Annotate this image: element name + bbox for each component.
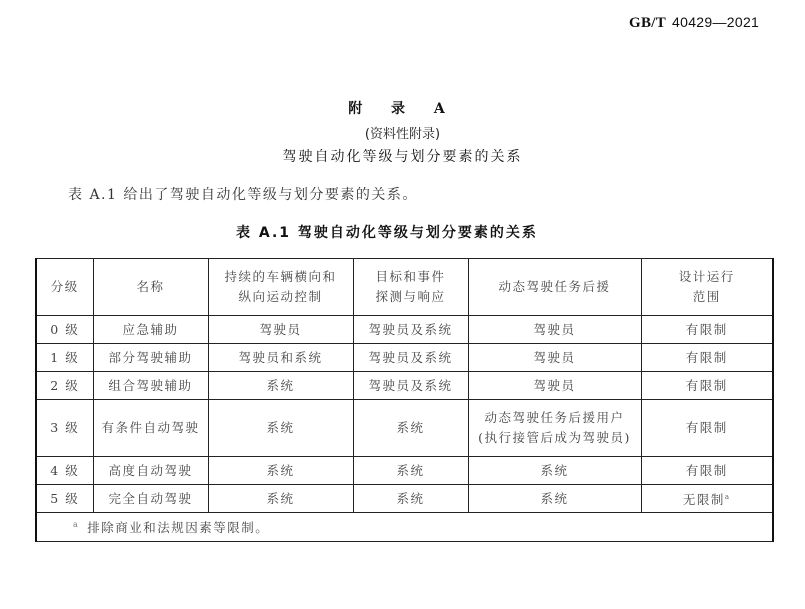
- standard-code: GB/T40429—2021: [629, 14, 759, 32]
- column-header-odd-line1: 设计运行: [644, 267, 771, 287]
- cell-oedr: 驾驶员及系统: [353, 372, 468, 400]
- cell-fallback: 系统: [468, 457, 641, 485]
- table-row: 0 级 应急辅助 驾驶员 驾驶员及系统 驾驶员 有限制: [36, 316, 773, 344]
- cell-fallback: 驾驶员: [468, 372, 641, 400]
- column-header-odd: 设计运行 范围: [641, 259, 773, 316]
- cell-control: 系统: [208, 457, 353, 485]
- cell-name: 高度自动驾驶: [93, 457, 208, 485]
- table-footnote-row: a排除商业和法规因素等限制。: [36, 513, 773, 542]
- column-header-odd-line2: 范围: [644, 287, 771, 307]
- cell-level: 2 级: [36, 372, 93, 400]
- cell-fallback: 驾驶员: [468, 316, 641, 344]
- cell-oedr: 系统: [353, 485, 468, 513]
- standard-prefix: GB/T: [629, 15, 666, 31]
- column-header-fallback: 动态驾驶任务后援: [468, 259, 641, 316]
- cell-odd: 有限制: [641, 316, 773, 344]
- column-header-control-line2: 纵向运动控制: [211, 287, 351, 307]
- cell-odd: 有限制: [641, 344, 773, 372]
- cell-level: 5 级: [36, 485, 93, 513]
- table-row: 3 级 有条件自动驾驶 系统 系统 动态驾驶任务后援用户 (执行接管后成为驾驶员…: [36, 400, 773, 457]
- column-header-name: 名称: [93, 259, 208, 316]
- cell-odd: 有限制: [641, 400, 773, 457]
- column-header-control-line1: 持续的车辆横向和: [211, 267, 351, 287]
- cell-level: 1 级: [36, 344, 93, 372]
- appendix-subtitle: (资料性附录): [0, 123, 805, 142]
- cell-fallback: 驾驶员: [468, 344, 641, 372]
- cell-fallback: 系统: [468, 485, 641, 513]
- cell-oedr: 驾驶员及系统: [353, 316, 468, 344]
- appendix-title: 附 录 A: [0, 98, 805, 118]
- cell-fallback-line1: 动态驾驶任务后援用户: [471, 408, 639, 428]
- cell-fallback: 动态驾驶任务后援用户 (执行接管后成为驾驶员): [468, 400, 641, 457]
- column-header-oedr-line1: 目标和事件: [356, 267, 466, 287]
- table-row: 5 级 完全自动驾驶 系统 系统 系统 无限制a: [36, 485, 773, 513]
- cell-name: 部分驾驶辅助: [93, 344, 208, 372]
- column-header-oedr: 目标和事件 探测与响应: [353, 259, 468, 316]
- cell-level: 3 级: [36, 400, 93, 457]
- appendix-heading: 驾驶自动化等级与划分要素的关系: [0, 146, 805, 166]
- cell-name: 应急辅助: [93, 316, 208, 344]
- intro-paragraph: 表 A.1 给出了驾驶自动化等级与划分要素的关系。: [68, 184, 418, 204]
- cell-odd: 无限制a: [641, 485, 773, 513]
- cell-control: 驾驶员和系统: [208, 344, 353, 372]
- cell-control: 系统: [208, 400, 353, 457]
- cell-oedr: 系统: [353, 457, 468, 485]
- cell-level: 4 级: [36, 457, 93, 485]
- cell-name: 组合驾驶辅助: [93, 372, 208, 400]
- cell-odd-text: 无限制: [683, 492, 725, 507]
- footnote-text: 排除商业和法规因素等限制。: [87, 521, 269, 536]
- cell-odd: 有限制: [641, 457, 773, 485]
- column-header-level: 分级: [36, 259, 93, 316]
- column-header-oedr-line2: 探测与响应: [356, 287, 466, 307]
- table-row: 2 级 组合驾驶辅助 系统 驾驶员及系统 驾驶员 有限制: [36, 372, 773, 400]
- cell-control: 系统: [208, 372, 353, 400]
- cell-oedr: 系统: [353, 400, 468, 457]
- footnote-marker: a: [725, 493, 731, 501]
- column-header-control: 持续的车辆横向和 纵向运动控制: [208, 259, 353, 316]
- table-header-row: 分级 名称 持续的车辆横向和 纵向运动控制 目标和事件 探测与响应 动态驾驶任务…: [36, 259, 773, 316]
- cell-control: 系统: [208, 485, 353, 513]
- cell-level: 0 级: [36, 316, 93, 344]
- cell-name: 完全自动驾驶: [93, 485, 208, 513]
- cell-control: 驾驶员: [208, 316, 353, 344]
- table-caption: 表 A.1 驾驶自动化等级与划分要素的关系: [236, 222, 538, 242]
- cell-name: 有条件自动驾驶: [93, 400, 208, 457]
- automation-levels-table: 分级 名称 持续的车辆横向和 纵向运动控制 目标和事件 探测与响应 动态驾驶任务…: [35, 258, 774, 542]
- table-row: 1 级 部分驾驶辅助 驾驶员和系统 驾驶员及系统 驾驶员 有限制: [36, 344, 773, 372]
- standard-number: 40429—2021: [672, 14, 759, 30]
- cell-oedr: 驾驶员及系统: [353, 344, 468, 372]
- table-row: 4 级 高度自动驾驶 系统 系统 系统 有限制: [36, 457, 773, 485]
- table-footnote: a排除商业和法规因素等限制。: [36, 513, 773, 542]
- cell-odd: 有限制: [641, 372, 773, 400]
- cell-fallback-line2: (执行接管后成为驾驶员): [471, 428, 639, 448]
- footnote-mark: a: [73, 520, 79, 529]
